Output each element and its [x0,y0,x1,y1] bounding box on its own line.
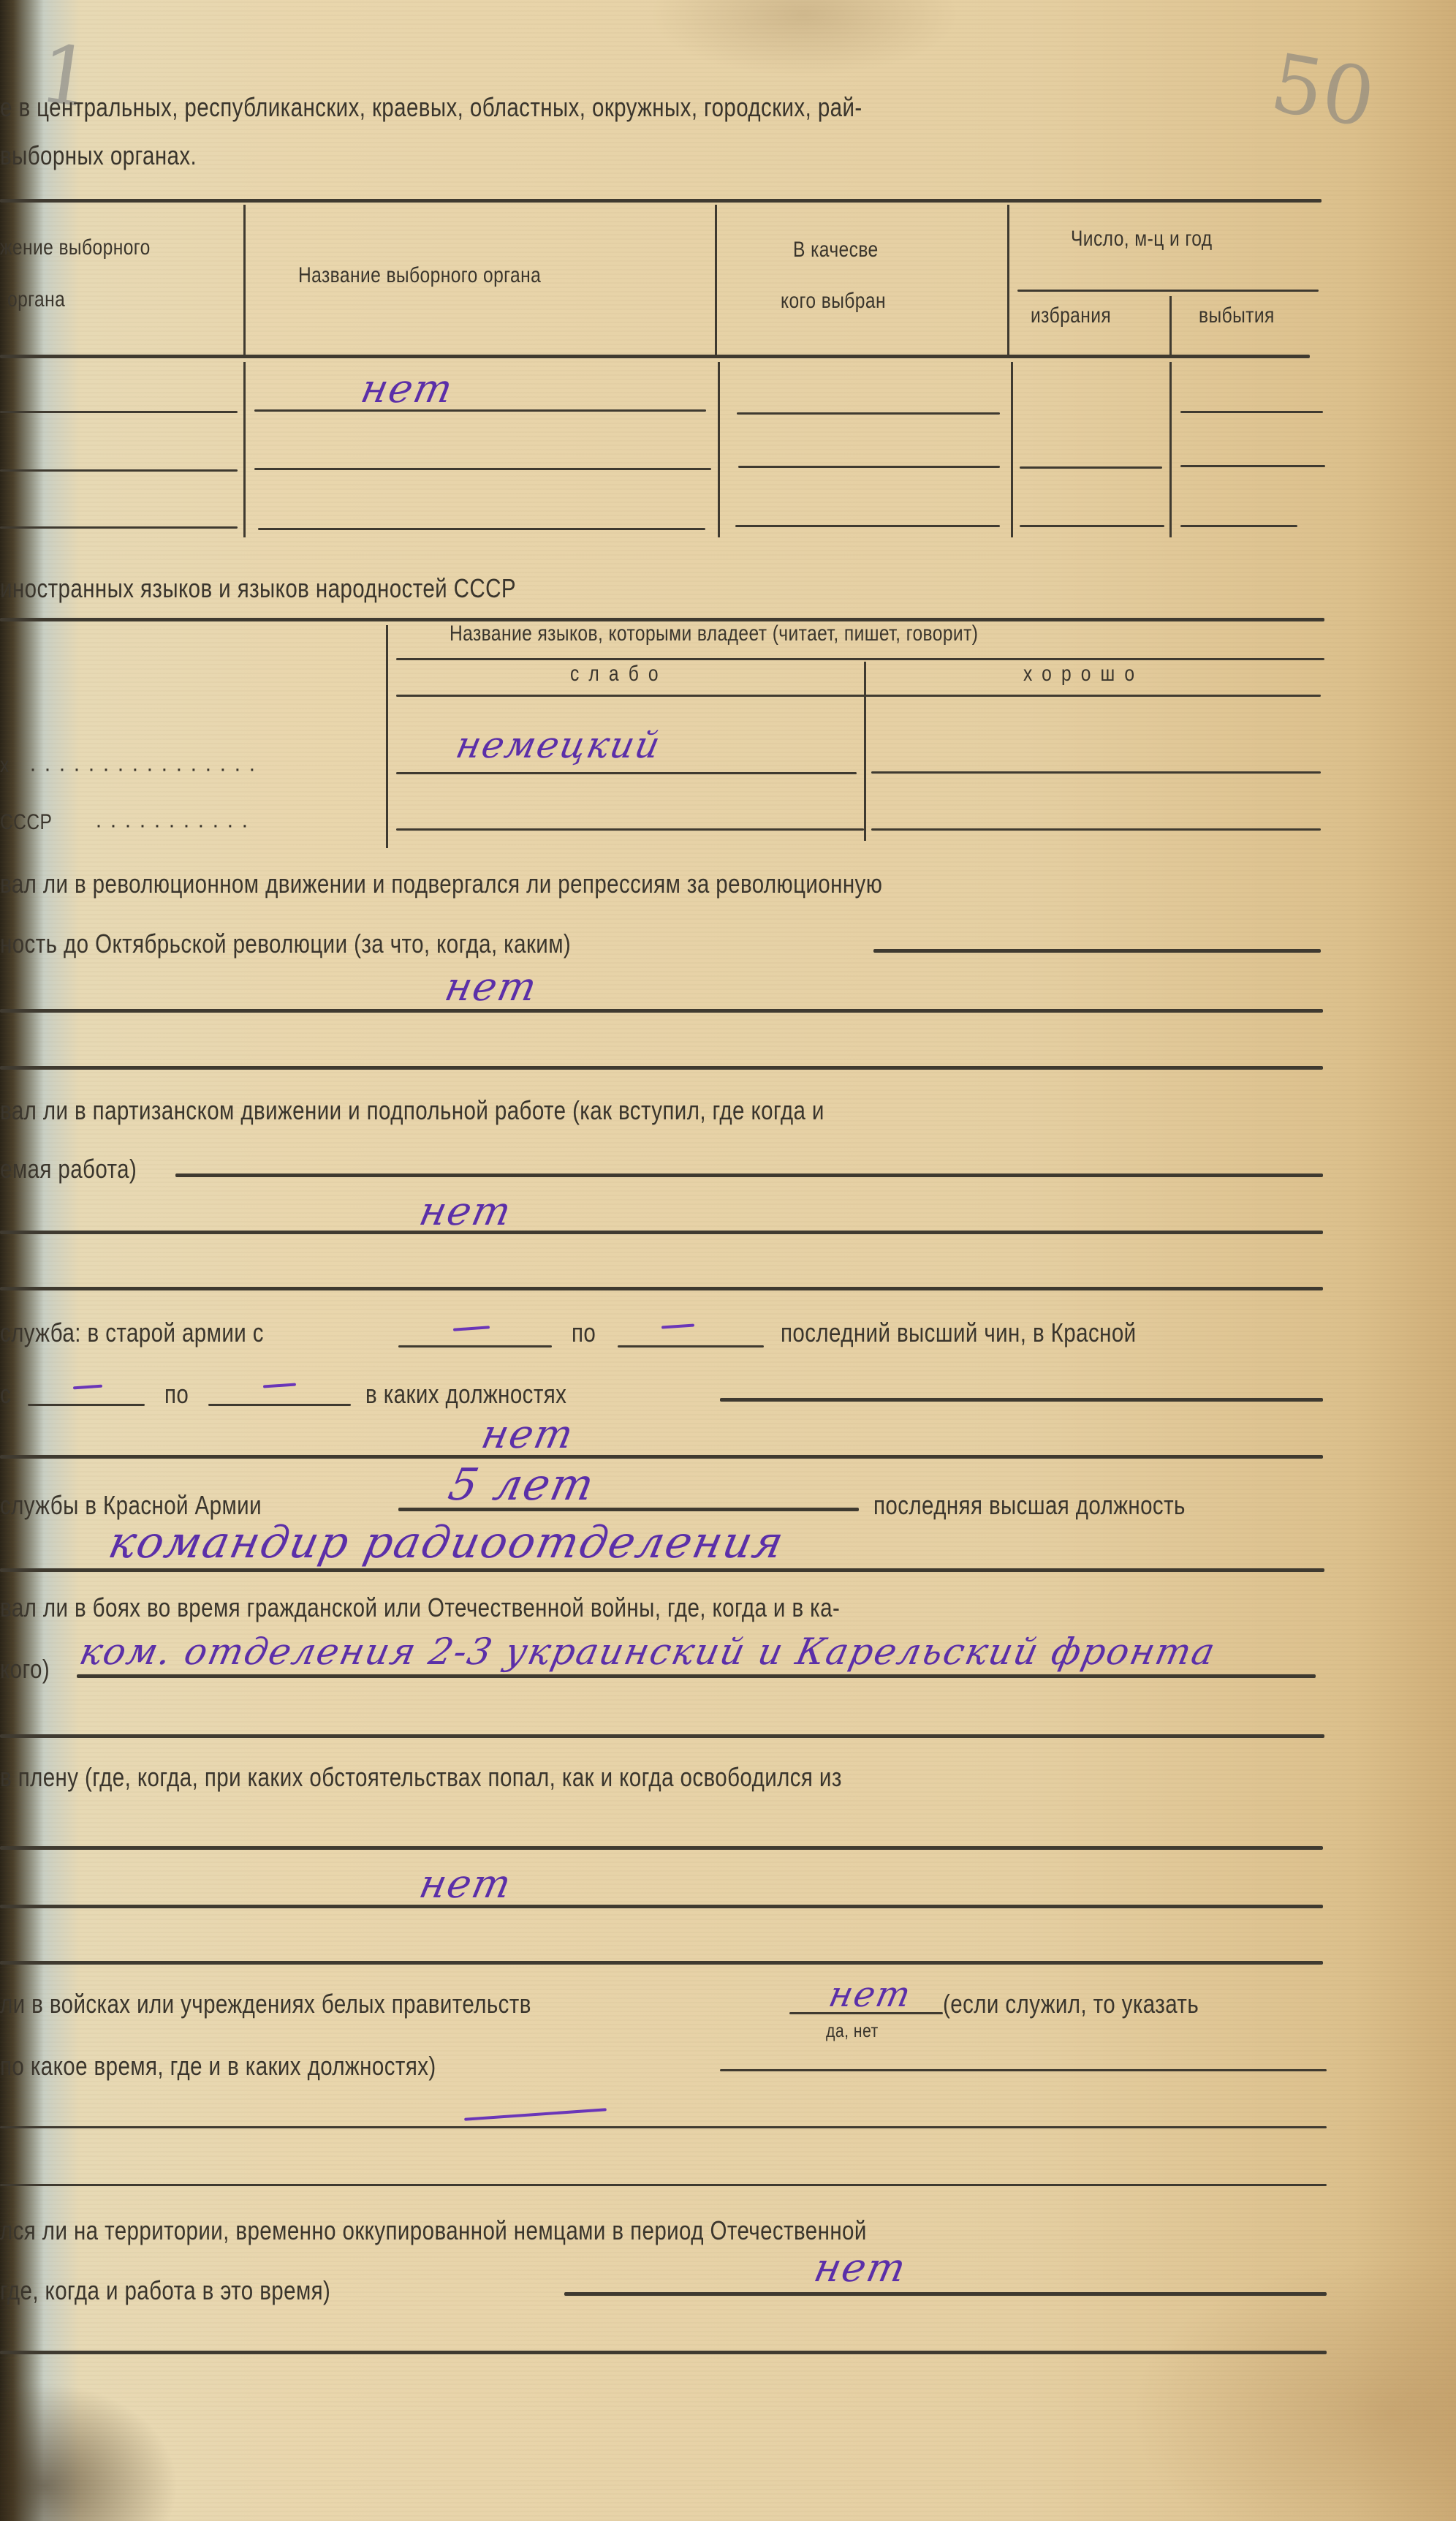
elected-intro-line1: е в центральных, республиканских, краевы… [0,92,862,123]
army-old-from-dash [453,1326,490,1331]
col-header-weak: слабо [570,662,668,687]
army-line2-a: с [0,1379,11,1410]
revolution-question-line1: вал ли в революционном движении и подвер… [0,869,882,899]
army-answer: нет [477,1411,578,1457]
army-line1-b: по [572,1318,596,1348]
battles-question-line1: вал ли в боях во время гражданской или О… [0,1592,840,1623]
red-army-position: командир радиоотделения [105,1517,789,1568]
paper-texture [0,0,1456,2521]
col-header-body-name: Название выборного органа [298,263,541,288]
partisan-answer: нет [415,1188,516,1234]
army-red-to-dash [263,1383,296,1388]
army-line1-c: последний высший чин, в Красной [781,1318,1137,1348]
red-army-years: 5 лет [444,1459,600,1511]
languages-row2-dots: ··········· [95,813,256,838]
pencil-mark-right: 50 [1264,36,1381,145]
occupied-question-line1: лся ли на территории, временно оккупиров… [0,2215,867,2246]
languages-row2-label: СССР [0,810,52,835]
white-answer: нет [825,1974,915,2015]
army-old-to-dash [661,1323,694,1328]
languages-row1-dots: ················ [29,757,263,782]
army-red-from-dash [73,1385,102,1390]
partisan-question-line1: вал ли в партизанском движении и подполь… [0,1095,824,1126]
army-line2-c: в каких должностях [365,1379,566,1410]
white-question-line1-b: (если служил, то указать [943,1989,1199,2019]
army-line1-a: служба: в старой армии с [0,1318,264,1348]
languages-row1-label: х [0,753,10,778]
languages-heading: иностранных языков и языков народностей … [0,573,516,604]
white-answer-hint: да, нет [826,2019,879,2042]
white-question-line2: по какое время, где и в каких должностях… [0,2051,436,2082]
partisan-question-line2: емая работа) [0,1154,137,1184]
revolution-answer: нет [441,964,542,1010]
army-line2-b: по [164,1379,189,1410]
col-header-position-2: органа [7,287,65,312]
col-header-elected-as-2: кого выбран [781,289,886,314]
col-header-date-elected: избрания [1031,303,1111,328]
col-header-date: Число, м-ц и год [1071,227,1213,252]
occupied-answer: нет [810,2245,911,2291]
white-dash [464,2108,607,2121]
captivity-question-line1: в плену (где, когда, при каких обстоятел… [0,1762,842,1793]
elected-intro-line2: выборных органах. [0,140,197,171]
revolution-question-line2: ность до Октябрьской революции (за что, … [0,929,571,959]
languages-header: Название языков, которыми владеет (читае… [450,621,978,646]
col-header-position: жение выборного [0,235,151,260]
language-weak-answer: немецкий [452,724,665,766]
occupied-question-line2: где, когда и работа в это время) [0,2275,330,2306]
col-header-date-left: выбытия [1199,303,1275,328]
battles-question-line2: кого) [0,1654,50,1685]
red-army-position-label: последняя высшая должность [873,1490,1186,1521]
captivity-answer: нет [415,1861,516,1907]
battles-answer: ком. отделения 2-3 украинский и Карельск… [76,1630,1220,1673]
elected-bodies-answer: нет [357,366,458,412]
red-army-label: службы в Красной Армии [0,1490,262,1521]
col-header-good: хорошо [1023,662,1144,687]
white-question-line1-a: ли в войсках или учреждениях белых прави… [0,1989,531,2019]
col-header-elected-as: В качесве [793,238,879,262]
